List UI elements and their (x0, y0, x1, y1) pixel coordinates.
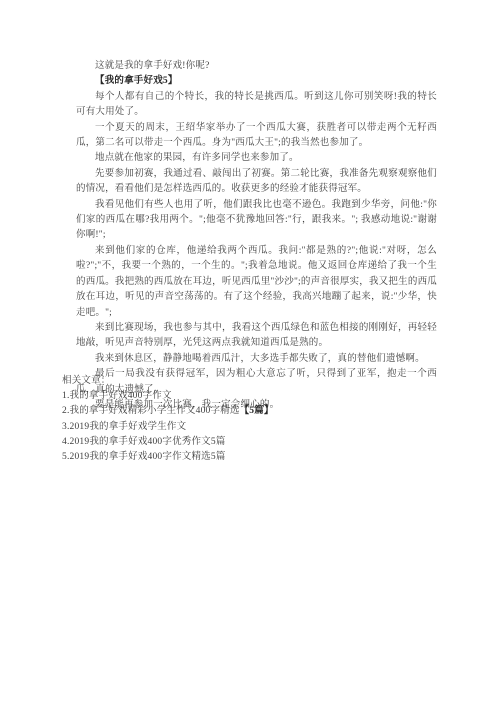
related-articles-heading: 相关文章： (62, 374, 438, 389)
related-article-link[interactable]: 1.我的拿手好戏400字作文 (62, 389, 438, 404)
related-article-bold-text: 【5篇】 (240, 406, 274, 416)
related-article-link[interactable]: 4.2019我的拿手好戏400字优秀作文5篇 (62, 435, 438, 450)
essay-paragraph: 来到他们家的仓库，他递给我两个西瓜。我问:"都是熟的?";他说:"对呀，怎么啦?… (76, 244, 437, 321)
related-articles-section: 相关文章： 1.我的拿手好戏400字作文 2.我的拿手好戏精彩小学生作文400字… (62, 374, 438, 465)
document-page: 这就是我的拿手好戏!你呢? 【我的拿手好戏5】 每个人都有自己的个特长，我的特长… (0, 0, 500, 708)
related-article-text: 3.2019我的拿手好戏学生作文 (62, 422, 186, 432)
essay-paragraph: 先要参加初赛，我通过看、敲闯出了初赛。第二轮比赛，我准备先观察观察他们的情况，看… (76, 167, 437, 198)
essay-paragraph: 一个夏天的周末，王绍华家举办了一个西瓜大赛，获胜者可以带走两个无籽西瓜，第二名可… (76, 121, 437, 152)
related-article-text: 2.我的拿手好戏精彩小学生作文400字精选 (62, 406, 240, 416)
essay-paragraph: 每个人都有自己的个特长，我的特长是挑西瓜。听到这儿你可别笑呀!我的特长可有大用处… (76, 90, 437, 121)
essay-paragraph: 地点就在他家的果园，有许多同学也来参加了。 (76, 151, 437, 166)
related-article-link[interactable]: 5.2019我的拿手好戏400字作文精选5篇 (62, 450, 438, 465)
related-article-link[interactable]: 3.2019我的拿手好戏学生作文 (62, 420, 438, 435)
related-article-link[interactable]: 2.我的拿手好戏精彩小学生作文400字精选【5篇】 (62, 404, 438, 419)
essay-paragraph: 我看见他们有些人也用了听，他们跟我比也毫不逊色。我跑到少华旁，问他:"你们家的西… (76, 198, 437, 244)
essay-paragraph: 来到比赛现场，我也参与其中，我看这个西瓜绿色和蓝色相接的刚刚好，再轻轻地敲，听见… (76, 321, 437, 352)
related-article-text: 1.我的拿手好戏400字作文 (62, 391, 172, 401)
related-article-text: 5.2019我的拿手好戏400字作文精选5篇 (62, 452, 226, 462)
related-article-text: 4.2019我的拿手好戏400字优秀作文5篇 (62, 437, 226, 447)
essay-body: 这就是我的拿手好戏!你呢? 【我的拿手好戏5】 每个人都有自己的个特长，我的特长… (76, 59, 437, 413)
essay-paragraph: 我来到休息区，静静地喝着西瓜汁，大多选手都失败了，真的替他们遗憾啊。 (76, 352, 437, 367)
essay-subtitle: 【我的拿手好戏5】 (76, 74, 437, 89)
essay-intro-line: 这就是我的拿手好戏!你呢? (76, 59, 437, 74)
